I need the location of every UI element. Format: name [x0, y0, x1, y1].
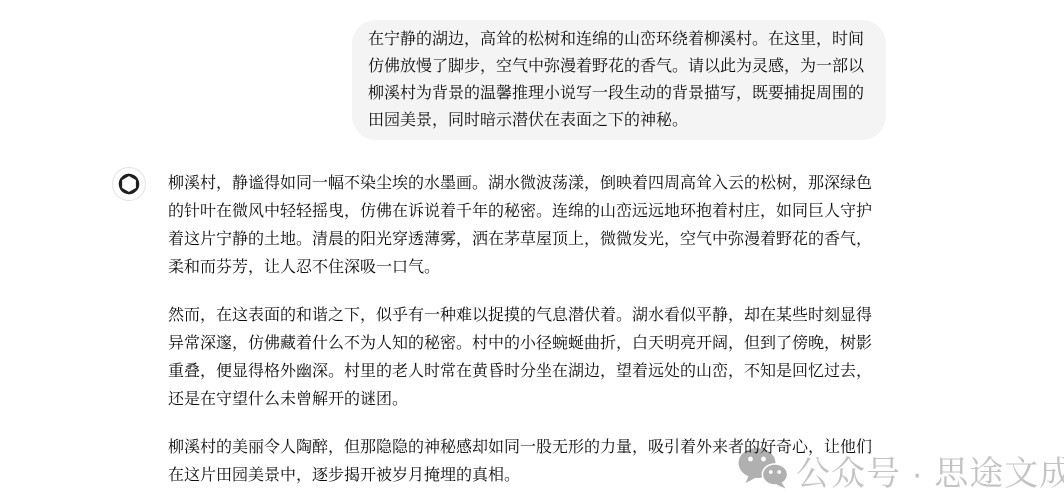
assistant-paragraph: 然而，在这表面的和谐之下，似乎有一种难以捉摸的气息潜伏着。湖水看似平静，却在某些… [168, 302, 878, 414]
assistant-paragraph: 柳溪村，静谧得如同一幅不染尘埃的水墨画。湖水微波荡漾，倒映着四周高耸入云的松树，… [168, 170, 878, 282]
assistant-message: 柳溪村，静谧得如同一幅不染尘埃的水墨画。湖水微波荡漾，倒映着四周高耸入云的松树，… [168, 170, 878, 490]
assistant-paragraph: 柳溪村的美丽令人陶醉，但那隐隐的神秘感却如同一股无形的力量，吸引着外来者的好奇心… [168, 434, 878, 490]
openai-logo-icon [118, 173, 140, 195]
user-message-bubble: 在宁静的湖边，高耸的松树和连绵的山峦环绕着柳溪村。在这里，时间仿佛放慢了脚步，空… [352, 20, 886, 140]
assistant-avatar [112, 167, 146, 201]
